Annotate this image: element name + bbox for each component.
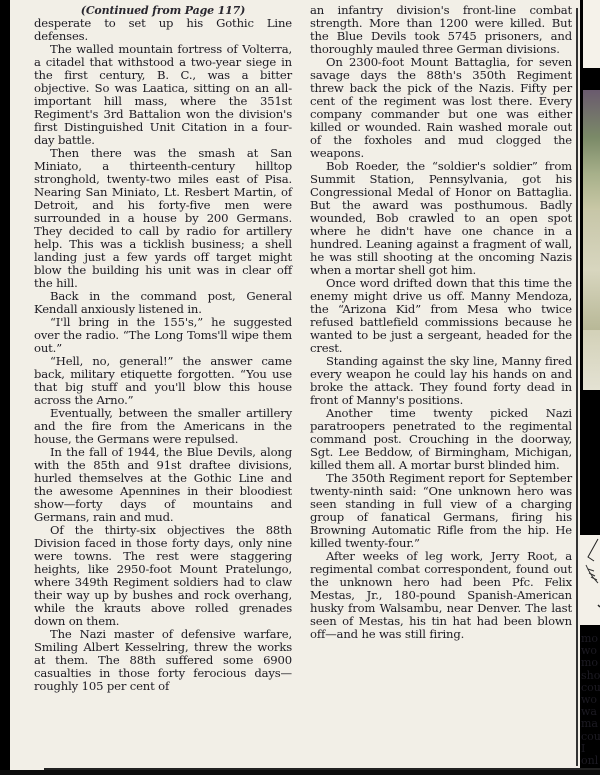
paragraph: an infantry division's front-line combat… — [310, 4, 572, 56]
text-fragment: sho — [581, 670, 600, 682]
adjacent-photo — [583, 210, 600, 330]
paragraph: Back in the command post, General Kendal… — [34, 290, 292, 316]
adjacent-illustration — [580, 535, 600, 625]
column-divider-rule — [576, 8, 578, 766]
paragraph: “I'll bring in the 155's,” he suggested … — [34, 316, 292, 355]
paragraph: desperate to set up his Gothic Line defe… — [34, 17, 292, 43]
paragraph: Once word drifted down that this time th… — [310, 277, 572, 355]
paragraph: The 350th Regiment report for September … — [310, 472, 572, 550]
paragraph: Of the thirty-six objectives the 88th Di… — [34, 524, 292, 628]
adjacent-photo — [583, 330, 600, 390]
paragraph: The Nazi master of defensive warfare, Sm… — [34, 628, 292, 693]
paragraph: On 2300-foot Mount Battaglia, for seven … — [310, 56, 572, 160]
paragraph: The walled mountain fortress of Volterra… — [34, 43, 292, 147]
text-fragment: onl — [581, 755, 600, 767]
paragraph: Eventually, between the smaller artiller… — [34, 407, 292, 446]
sketch-icon — [580, 535, 600, 625]
paragraph: Standing against the sky line, Manny fir… — [310, 355, 572, 407]
text-fragment: ma — [581, 718, 600, 730]
paragraph: Bob Roeder, the “soldier's soldier” from… — [310, 160, 572, 277]
paragraph: After weeks of leg work, Jerry Root, a r… — [310, 550, 572, 641]
adjacent-page-margin — [583, 0, 600, 68]
adjacent-photo — [583, 90, 600, 210]
paragraph: “Hell, no, general!” the answer came bac… — [34, 355, 292, 407]
article-column-left: (Continued from Page 117) desperate to s… — [34, 4, 292, 693]
text-fragment: mo — [581, 657, 600, 669]
scan-edge-shadow — [0, 0, 10, 775]
scan-bottom-edge — [0, 770, 600, 775]
adjacent-page-text: mo wo mo sho cou wo wa ma cou I onl — [581, 633, 600, 767]
paragraph: In the fall of 1944, the Blue Devils, al… — [34, 446, 292, 524]
paragraph: Then there was the smash at San Miniato,… — [34, 147, 292, 290]
article-column-right: an infantry division's front-line combat… — [310, 4, 572, 641]
text-fragment: cou — [581, 731, 600, 743]
paragraph: Another time twenty picked Nazi paratroo… — [310, 407, 572, 472]
